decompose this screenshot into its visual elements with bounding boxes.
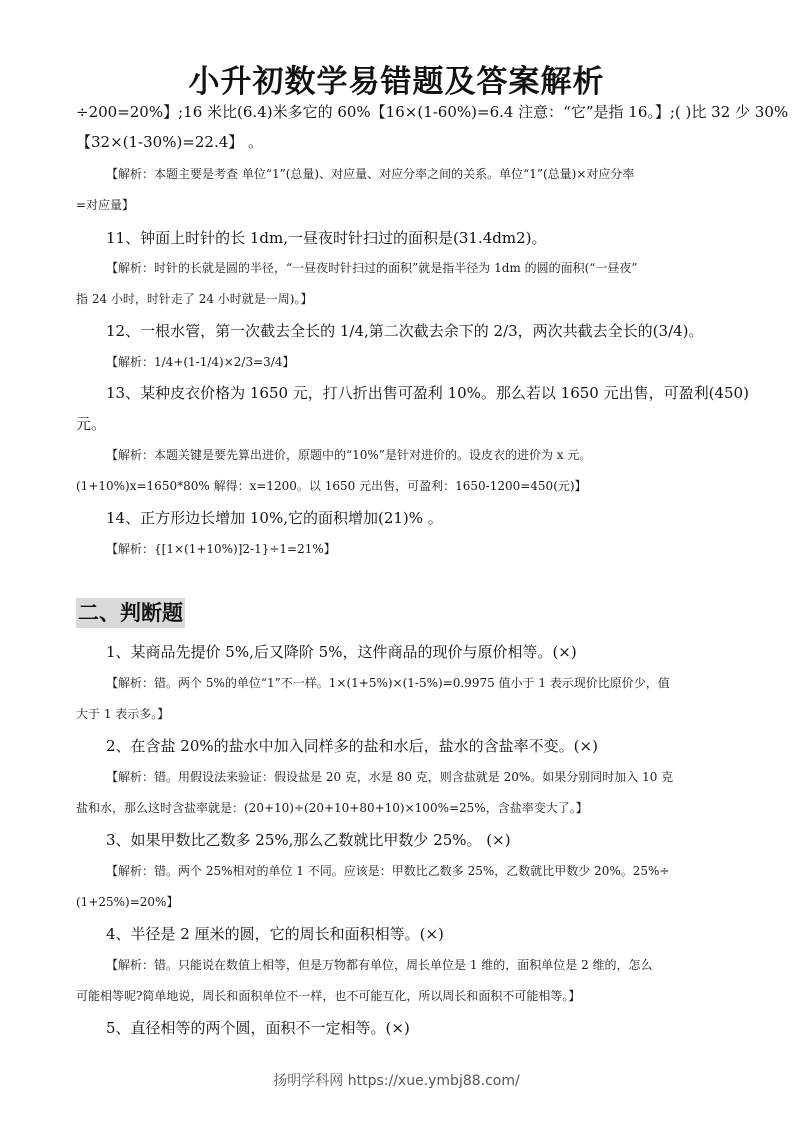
tf-question-5: 5、直径相等的两个圆，面积不一定相等。(×) <box>106 1017 410 1038</box>
analysis-13-line-2: (1+10%)x=1650*80% 解得：x=1200。以 1650 元出售，可… <box>76 477 587 494</box>
document-page: 小升初数学易错题及答案解析 ÷200=20%】;16 米比(6.4)米多它的 6… <box>0 0 793 1122</box>
tf-analysis-2-line-2: 盐和水，那么这时含盐率就是：(20+10)÷(20+10+80+10)×100%… <box>76 799 588 816</box>
tf-analysis-4-line-2: 可能相等呢?简单地说，周长和面积单位不一样，也不可能互化，所以周长和面积不可能相… <box>76 987 580 1004</box>
continuation-analysis-line-1: 【解析：本题主要是考查 单位“1”(总量)、对应量、对应分率之间的关系。单位“1… <box>106 165 634 182</box>
page-title: 小升初数学易错题及答案解析 <box>0 56 793 101</box>
question-13-line-2: 元。 <box>76 413 106 434</box>
tf-analysis-3-line-2: (1+25%)=20%】 <box>76 893 178 910</box>
analysis-14-line-1: 【解析：{[1×(1+10%)]2-1}÷1=21%】 <box>106 540 336 557</box>
continuation-text-line-2: 【32×(1-30%)=22.4】 。 <box>76 131 263 152</box>
question-11: 11、钟面上时针的长 1dm,一昼夜时针扫过的面积是(31.4dm2)。 <box>106 227 546 248</box>
tf-analysis-3-line-1: 【解析：错。两个 25%相对的单位 1 不同。应该是：甲数比乙数多 25%，乙数… <box>106 862 669 879</box>
analysis-12-line-1: 【解析：1/4+(1-1/4)×2/3=3/4】 <box>106 353 294 370</box>
analysis-11-line-1: 【解析：时针的长就是圆的半径，“一昼夜时针扫过的面积”就是指半径为 1dm 的圆… <box>106 259 638 276</box>
footer-watermark: 扬明学科网 https://xue.ymbj88.com/ <box>0 1070 793 1090</box>
tf-question-2: 2、在含盐 20%的盐水中加入同样多的盐和水后，盐水的含盐率不变。(×) <box>106 735 598 756</box>
question-13-line-1: 13、某种皮衣价格为 1650 元，打八折出售可盈利 10%。那么若以 1650… <box>106 382 749 403</box>
question-12: 12、一根水管，第一次截去全长的 1/4,第二次截去余下的 2/3，两次共截去全… <box>106 320 704 341</box>
question-14: 14、正方形边长增加 10%,它的面积增加(21)% 。 <box>106 507 443 528</box>
continuation-text-line-1: ÷200=20%】;16 米比(6.4)米多它的 60%【16×(1-60%)=… <box>76 101 788 122</box>
continuation-analysis-line-2: =对应量】 <box>76 196 134 213</box>
tf-analysis-2-line-1: 【解析：错。用假设法来验证：假设盐是 20 克，水是 80 克，则含盐就是 20… <box>106 768 673 785</box>
tf-analysis-4-line-1: 【解析：错。只能说在数值上相等，但是万物都有单位，周长单位是 1 维的，面积单位… <box>106 956 653 973</box>
tf-question-4: 4、半径是 2 厘米的圆，它的周长和面积相等。(×) <box>106 923 444 944</box>
analysis-13-line-1: 【解析：本题关键是要先算出进价，原题中的“10%”是针对进价的。设皮衣的进价为 … <box>106 446 591 463</box>
tf-analysis-1-line-1: 【解析：错。两个 5%的单位“1”不一样。1×(1+5%)×(1-5%)=0.9… <box>106 674 670 691</box>
analysis-11-line-2: 指 24 小时，时针走了 24 小时就是一周)。】 <box>76 290 312 307</box>
tf-question-3: 3、如果甲数比乙数多 25%,那么乙数就比甲数少 25%。 (×) <box>106 829 511 850</box>
section-heading-true-false: 二、判断题 <box>76 598 185 628</box>
tf-analysis-1-line-2: 大于 1 表示多。】 <box>76 705 169 722</box>
tf-question-1: 1、某商品先提价 5%,后又降阶 5%，这件商品的现价与原价相等。(×) <box>106 641 577 662</box>
